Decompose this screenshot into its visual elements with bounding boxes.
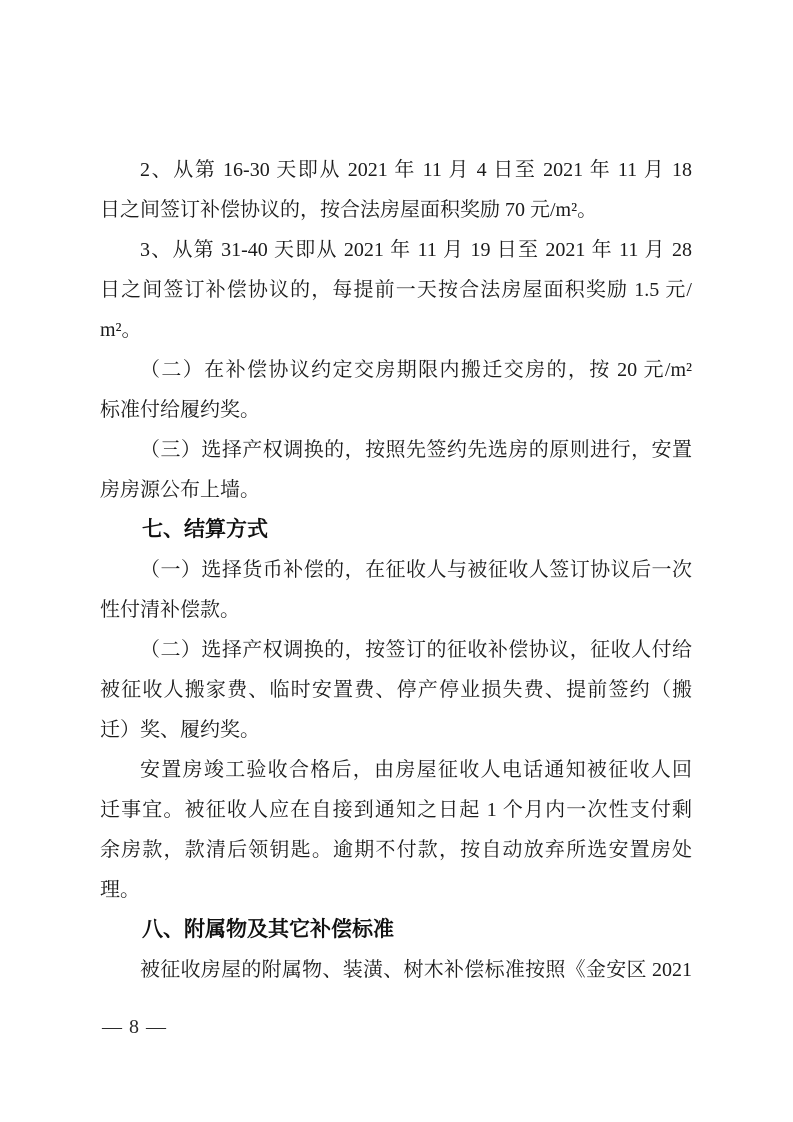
text-line: （三）选择产权调换的，按照先签约先选房的原则进行，安置 <box>100 430 692 470</box>
page-footer: — 8 — <box>102 1012 167 1042</box>
section-heading: 七、结算方式 <box>100 510 692 550</box>
text-line: （二）在补偿协议约定交房期限内搬迁交房的，按 20 元/m² <box>100 350 692 390</box>
text-line: 房房源公布上墙。 <box>100 470 692 510</box>
text-line: 性付清补偿款。 <box>100 590 692 630</box>
text-line: m²。 <box>100 310 692 350</box>
page-number: — 8 — <box>102 1016 167 1038</box>
document-page: 2、从第 16-30 天即从 2021 年 11 月 4 日至 2021 年 1… <box>0 0 793 1122</box>
section-heading: 八、附属物及其它补偿标准 <box>100 910 692 950</box>
text-line: 日之间签订补偿协议的，每提前一天按合法房屋面积奖励 1.5 元/ <box>100 270 692 310</box>
document-body: 2、从第 16-30 天即从 2021 年 11 月 4 日至 2021 年 1… <box>100 150 692 990</box>
text-line: 被征收房屋的附属物、装潢、树木补偿标准按照《金安区 2021 <box>100 950 692 990</box>
text-line: 2、从第 16-30 天即从 2021 年 11 月 4 日至 2021 年 1… <box>100 150 692 190</box>
text-line: （二）选择产权调换的，按签订的征收补偿协议，征收人付给 <box>100 630 692 670</box>
text-line: 3、从第 31-40 天即从 2021 年 11 月 19 日至 2021 年 … <box>100 230 692 270</box>
text-line: 迁事宜。被征收人应在自接到通知之日起 1 个月内一次性支付剩 <box>100 790 692 830</box>
text-line: 标准付给履约奖。 <box>100 390 692 430</box>
text-line: 安置房竣工验收合格后，由房屋征收人电话通知被征收人回 <box>100 750 692 790</box>
text-line: 被征收人搬家费、临时安置费、停产停业损失费、提前签约（搬 <box>100 670 692 710</box>
text-line: 理。 <box>100 870 692 910</box>
text-line: 日之间签订补偿协议的，按合法房屋面积奖励 70 元/m²。 <box>100 190 692 230</box>
text-line: （一）选择货币补偿的，在征收人与被征收人签订协议后一次 <box>100 550 692 590</box>
text-line: 余房款，款清后领钥匙。逾期不付款，按自动放弃所选安置房处 <box>100 830 692 870</box>
text-line: 迁）奖、履约奖。 <box>100 710 692 750</box>
